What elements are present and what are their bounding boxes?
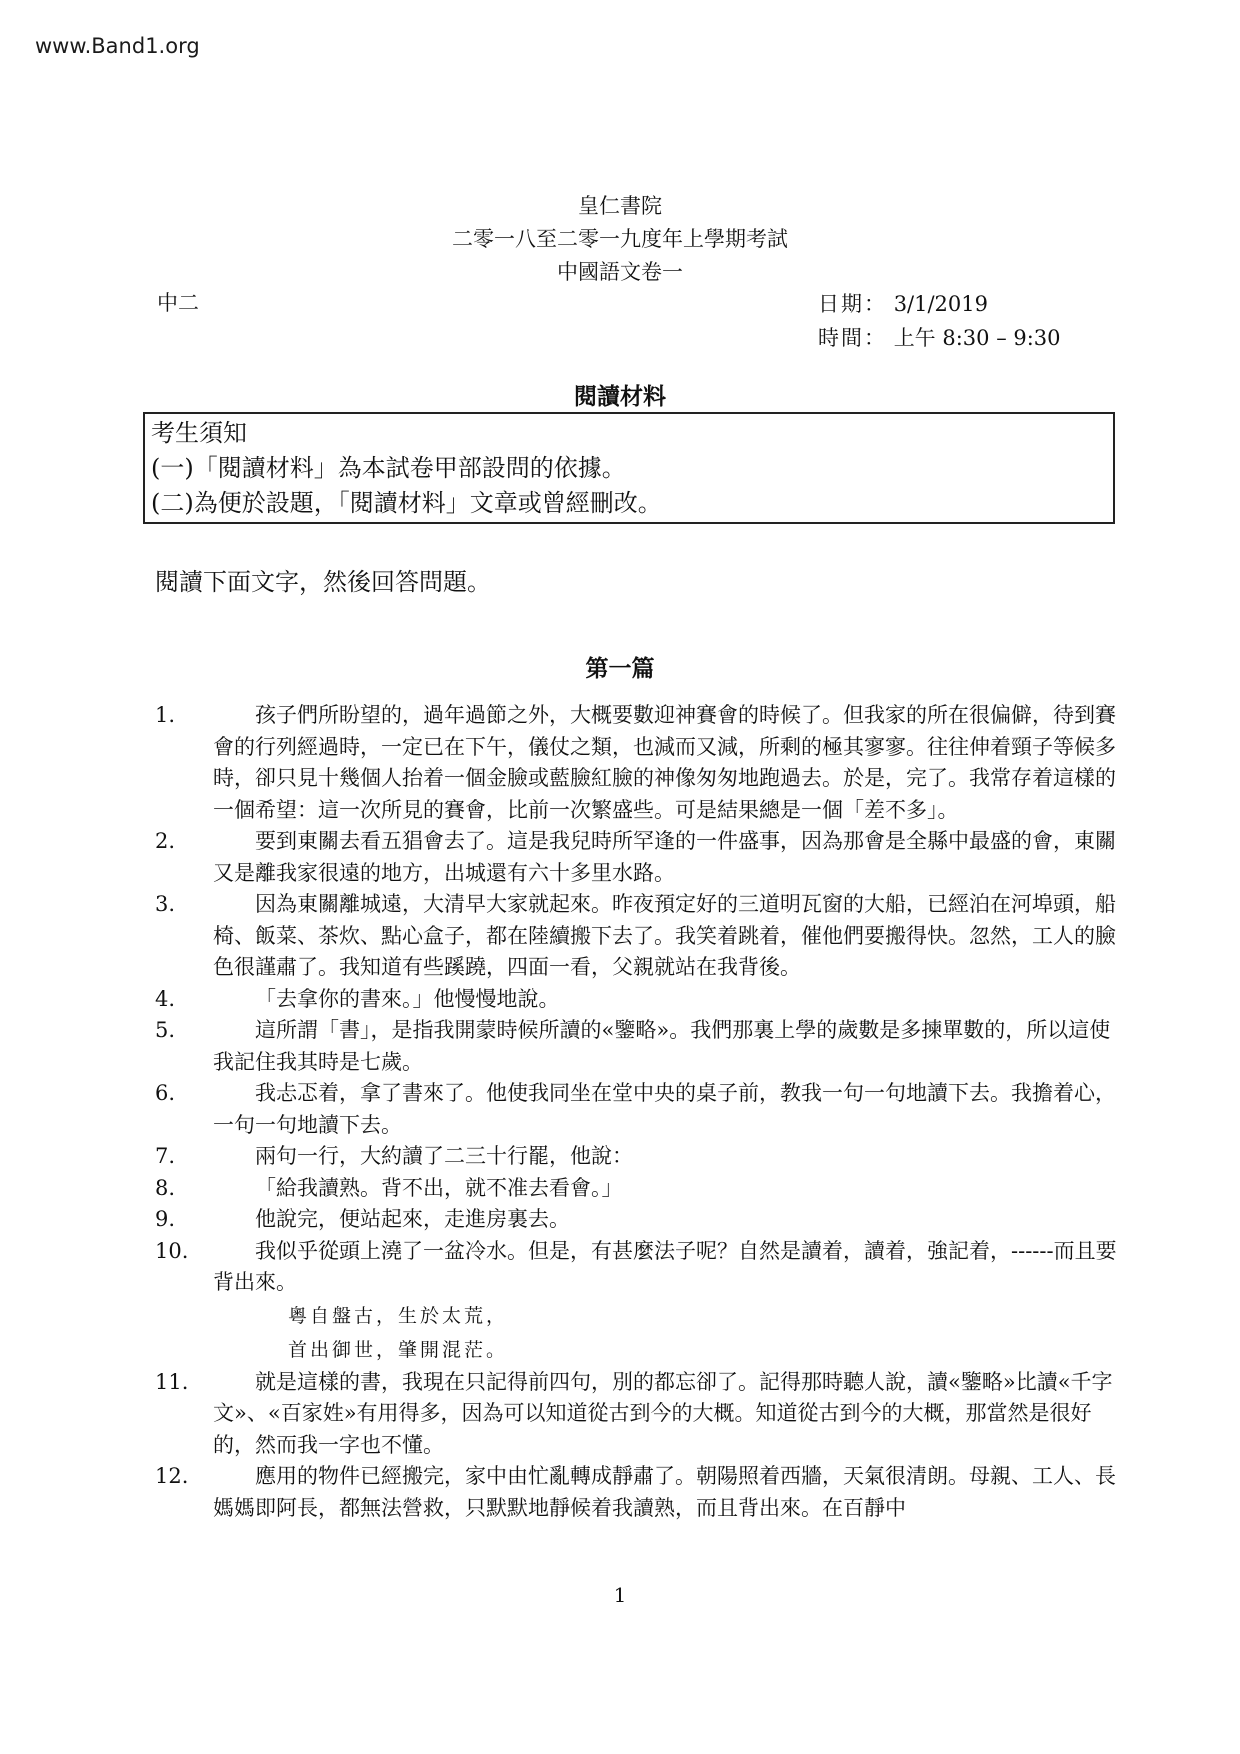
paragraph: 11.就是這樣的書，我現在只記得前四句，別的都忘卻了。記得那時聽人說，讀«鑒略»…: [155, 1367, 1125, 1462]
paragraph: 7.兩句一行，大約讀了二三十行罷，他說：: [155, 1141, 1125, 1173]
paragraph-text: 兩句一行，大約讀了二三十行罷，他說：: [255, 1144, 633, 1168]
date-label: 日期：: [818, 292, 887, 316]
poem-line: 首出御世，肇開混茫。: [288, 1333, 1125, 1367]
paragraph-text: 他說完，便站起來，走進房裏去。: [255, 1207, 570, 1231]
time-label: 時間：: [818, 326, 887, 350]
paragraph-number: 1.: [155, 700, 213, 826]
paragraph-number: 7.: [155, 1141, 213, 1173]
paragraph: 5.這所謂「書」，是指我開蒙時候所讀的«鑒略»。我們那裏上學的歲數是多揀單數的，…: [155, 1015, 1125, 1078]
poem-quote: 粵自盤古，生於太荒， 首出御世，肇開混茫。: [155, 1299, 1125, 1367]
paragraph-text: 孩子們所盼望的，過年過節之外，大概要數迎神賽會的時候了。但我家的所在很偏僻，待到…: [213, 703, 1116, 822]
paragraph-number: 9.: [155, 1204, 213, 1236]
paragraph-text: 我似乎從頭上澆了一盆冷水。但是，有甚麼法子呢？自然是讀着，讀着，強記着，----…: [213, 1239, 1117, 1295]
paragraph-number: 4.: [155, 984, 213, 1016]
paragraph-text: 「去拿你的書來。」他慢慢地說。: [255, 987, 560, 1011]
paragraph-text: 這所謂「書」，是指我開蒙時候所讀的«鑒略»。我們那裏上學的歲數是多揀單數的，所以…: [213, 1018, 1110, 1074]
paragraph: 12.應用的物件已經搬完，家中由忙亂轉成靜肅了。朝陽照着西牆，天氣很清朗。母親、…: [155, 1461, 1125, 1524]
exam-header: 皇仁書院 二零一八至二零一九度年上學期考試 中國語文卷一: [0, 190, 1240, 289]
paragraph: 2.要到東關去看五猖會去了。這是我兒時所罕逢的一件盛事，因為那會是全縣中最盛的會…: [155, 826, 1125, 889]
paragraph-number: 12.: [155, 1461, 213, 1524]
paragraph-text: 因為東關離城遠，大清早大家就起來。昨夜預定好的三道明瓦窗的大船，已經泊在河埠頭，…: [213, 892, 1116, 979]
page-number: 1: [0, 1583, 1240, 1607]
notice-item: (二)為便於設題，「閱讀材料」文章或曾經刪改。: [151, 486, 1107, 521]
paragraph-text: 就是這樣的書，我現在只記得前四句，別的都忘卻了。記得那時聽人說，讀«鑒略»比讀«…: [213, 1370, 1113, 1457]
passage-title: 第一篇: [0, 650, 1240, 683]
paragraph-text: 「給我讀熟。背不出，就不准去看會。」: [255, 1176, 623, 1200]
time-row: 時間： 上午 8:30 – 9:30: [818, 321, 1061, 355]
poem-line: 粵自盤古，生於太荒，: [288, 1299, 1125, 1333]
date-value: 3/1/2019: [894, 292, 988, 316]
paragraph-number: 11.: [155, 1367, 213, 1462]
paragraph: 4.「去拿你的書來。」他慢慢地說。: [155, 984, 1125, 1016]
paragraph: 8.「給我讀熟。背不出，就不准去看會。」: [155, 1173, 1125, 1205]
time-value: 上午 8:30 – 9:30: [894, 326, 1061, 350]
exam-meta: 日期： 3/1/2019 時間： 上午 8:30 – 9:30: [818, 287, 1061, 355]
notice-title: 考生須知: [151, 416, 1107, 451]
paragraph: 3.因為東關離城遠，大清早大家就起來。昨夜預定好的三道明瓦窗的大船，已經泊在河埠…: [155, 889, 1125, 984]
paragraph-number: 5.: [155, 1015, 213, 1078]
paragraph-number: 6.: [155, 1078, 213, 1141]
candidate-notice-box: 考生須知 (一)「閱讀材料」為本試卷甲部設問的依據。 (二)為便於設題，「閱讀材…: [143, 412, 1115, 524]
school-name: 皇仁書院: [0, 190, 1240, 223]
notice-item: (一)「閱讀材料」為本試卷甲部設問的依據。: [151, 451, 1107, 486]
paragraph-number: 10.: [155, 1236, 213, 1299]
section-title: 閱讀材料: [0, 378, 1240, 411]
paragraph: 9.他說完，便站起來，走進房裏去。: [155, 1204, 1125, 1236]
instruction: 閱讀下面文字，然後回答問題。: [155, 562, 491, 597]
exam-title: 二零一八至二零一九度年上學期考試: [0, 223, 1240, 256]
grade-label: 中二: [157, 287, 199, 317]
paper-title: 中國語文卷一: [0, 256, 1240, 289]
paragraph-text: 我忐忑着，拿了書來了。他使我同坐在堂中央的桌子前，教我一句一句地讀下去。我擔着心…: [213, 1081, 1116, 1137]
paragraph: 10.我似乎從頭上澆了一盆冷水。但是，有甚麼法子呢？自然是讀着，讀着，強記着，-…: [155, 1236, 1125, 1299]
paragraph-number: 8.: [155, 1173, 213, 1205]
paragraph: 1.孩子們所盼望的，過年過節之外，大概要數迎神賽會的時候了。但我家的所在很偏僻，…: [155, 700, 1125, 826]
paragraph-number: 2.: [155, 826, 213, 889]
watermark: www.Band1.org: [35, 34, 200, 58]
paragraph: 6.我忐忑着，拿了書來了。他使我同坐在堂中央的桌子前，教我一句一句地讀下去。我擔…: [155, 1078, 1125, 1141]
paragraph-text: 應用的物件已經搬完，家中由忙亂轉成靜肅了。朝陽照着西牆，天氣很清朗。母親、工人、…: [213, 1464, 1116, 1520]
paragraph-number: 3.: [155, 889, 213, 984]
passage: 1.孩子們所盼望的，過年過節之外，大概要數迎神賽會的時候了。但我家的所在很偏僻，…: [155, 700, 1125, 1524]
paragraph-text: 要到東關去看五猖會去了。這是我兒時所罕逢的一件盛事，因為那會是全縣中最盛的會，東…: [213, 829, 1116, 885]
date-row: 日期： 3/1/2019: [818, 287, 1061, 321]
